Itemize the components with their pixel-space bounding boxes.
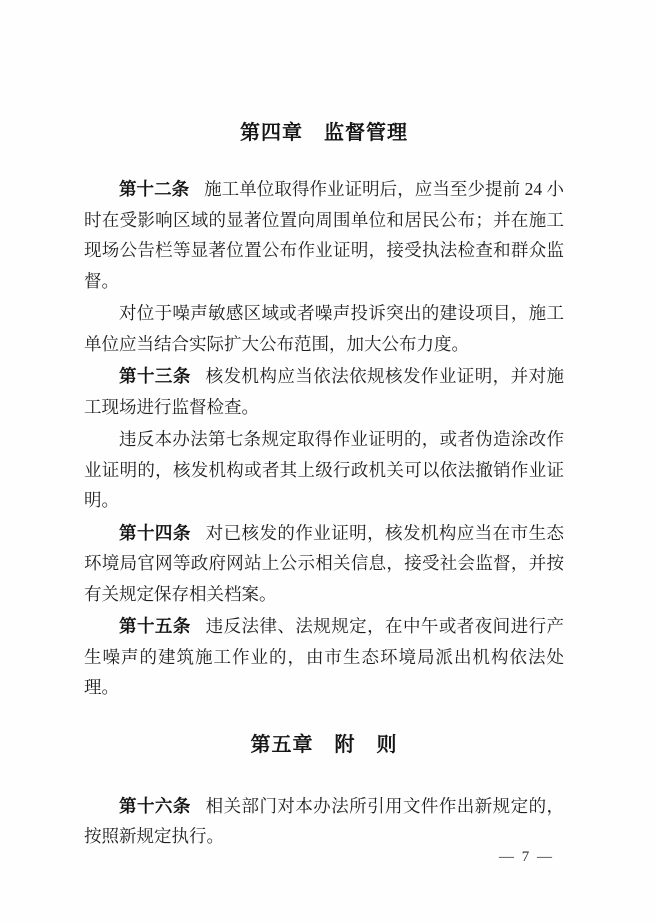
chapter-4-heading: 第四章 监督管理 — [84, 118, 564, 148]
paragraph-article-13: 第十三条核发机构应当依法依规核发作业证明，并对施工现场进行监督检查。 — [84, 361, 564, 422]
article-16-number: 第十六条 — [119, 796, 191, 816]
paragraph-article-15: 第十五条违反法律、法规规定，在中午或者夜间进行产生噪声的建筑施工作业的，由市生态… — [84, 611, 564, 703]
paragraph-violation-revoke: 违反本办法第七条规定取得作业证明的，或者伪造涂改作业证明的，核发机构或者其上级行… — [84, 424, 564, 516]
paragraph-sensitive-area: 对位于噪声敏感区域或者噪声投诉突出的建设项目，施工单位应当结合实际扩大公布范围，… — [84, 298, 564, 359]
article-15-number: 第十五条 — [119, 616, 191, 636]
paragraph-article-14: 第十四条对已核发的作业证明，核发机构应当在市生态环境局官网等政府网站上公示相关信… — [84, 518, 564, 610]
paragraph-article-12: 第十二条施工单位取得作业证明后，应当至少提前 24 小时在受影响区域的显著位置向… — [84, 174, 564, 296]
document-page: 第四章 监督管理 第十二条施工单位取得作业证明后，应当至少提前 24 小时在受影… — [0, 0, 656, 923]
chapter-5-heading: 第五章 附 则 — [84, 730, 564, 760]
article-14-number: 第十四条 — [119, 523, 191, 543]
paragraph-article-16: 第十六条相关部门对本办法所引用文件作出新规定的，按照新规定执行。 — [84, 791, 564, 852]
paragraph-sensitive-area-text: 对位于噪声敏感区域或者噪声投诉突出的建设项目，施工单位应当结合实际扩大公布范围，… — [84, 303, 564, 354]
page-number: — 7 — — [499, 849, 554, 866]
paragraph-violation-revoke-text: 违反本办法第七条规定取得作业证明的，或者伪造涂改作业证明的，核发机构或者其上级行… — [84, 429, 564, 510]
article-12-number: 第十二条 — [119, 179, 189, 199]
article-13-number: 第十三条 — [119, 366, 191, 386]
